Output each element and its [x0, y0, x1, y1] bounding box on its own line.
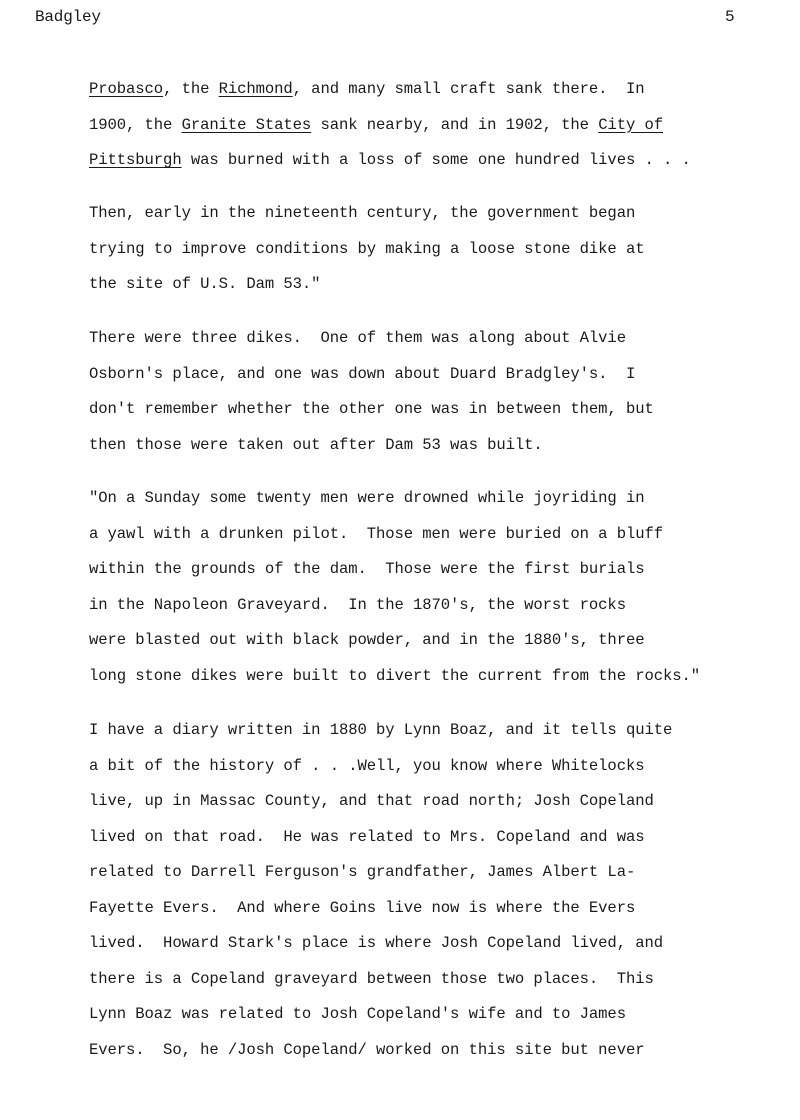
text-line: a yawl with a drunken pilot. Those men w… [89, 517, 799, 553]
text-run: were blasted out with black powder, and … [89, 631, 644, 649]
text-run: , the [163, 80, 219, 98]
paragraph-diary: I have a diary written in 1880 by Lynn B… [89, 713, 799, 1068]
underlined-title: Pittsburgh [89, 151, 182, 169]
text-run: Lynn Boaz was related to Josh Copeland's… [89, 1005, 626, 1023]
text-line: within the grounds of the dam. Those wer… [89, 552, 799, 588]
text-line: I have a diary written in 1880 by Lynn B… [89, 713, 799, 749]
paragraph-three-dikes: There were three dikes. One of them was … [89, 321, 799, 463]
text-run: a bit of the history of . . .Well, you k… [89, 757, 644, 775]
underlined-title: Richmond [219, 80, 293, 98]
text-line: live, up in Massac County, and that road… [89, 784, 799, 820]
text-run: lived. Howard Stark's place is where Jos… [89, 934, 663, 952]
text-run: sank nearby, and in 1902, the [311, 116, 598, 134]
text-run: was burned with a loss of some one hundr… [182, 151, 691, 169]
text-line: related to Darrell Ferguson's grandfathe… [89, 855, 799, 891]
text-run: "On a Sunday some twenty men were drowne… [89, 489, 644, 507]
text-line: Evers. So, he /Josh Copeland/ worked on … [89, 1033, 799, 1069]
text-line: Then, early in the nineteenth century, t… [89, 196, 799, 232]
text-line: lived on that road. He was related to Mr… [89, 820, 799, 856]
text-run: Then, early in the nineteenth century, t… [89, 204, 635, 222]
text-line: There were three dikes. One of them was … [89, 321, 799, 357]
text-line: there is a Copeland graveyard between th… [89, 962, 799, 998]
underlined-title: Granite States [182, 116, 312, 134]
text-run: Evers. So, he /Josh Copeland/ worked on … [89, 1041, 644, 1059]
paragraph-shipwrecks: Probasco, the Richmond, and many small c… [89, 72, 799, 179]
text-line: Lynn Boaz was related to Josh Copeland's… [89, 997, 799, 1033]
text-run: a yawl with a drunken pilot. Those men w… [89, 525, 663, 543]
text-run: , and many small craft sank there. In [293, 80, 645, 98]
text-line: in the Napoleon Graveyard. In the 1870's… [89, 588, 799, 624]
text-run: long stone dikes were built to divert th… [89, 667, 700, 685]
text-line: were blasted out with black powder, and … [89, 623, 799, 659]
text-line: Pittsburgh was burned with a loss of som… [89, 143, 799, 179]
text-line: Probasco, the Richmond, and many small c… [89, 72, 799, 108]
text-line: a bit of the history of . . .Well, you k… [89, 749, 799, 785]
paragraph-napoleon-graveyard: "On a Sunday some twenty men were drowne… [89, 481, 799, 694]
text-line: the site of U.S. Dam 53." [89, 267, 799, 303]
text-run: lived on that road. He was related to Mr… [89, 828, 644, 846]
text-line: long stone dikes were built to divert th… [89, 659, 799, 695]
underlined-title: Probasco [89, 80, 163, 98]
text-run: trying to improve conditions by making a… [89, 240, 644, 258]
text-run: Osborn's place, and one was down about D… [89, 365, 635, 383]
text-run: live, up in Massac County, and that road… [89, 792, 654, 810]
text-run: 1900, the [89, 116, 182, 134]
text-line: lived. Howard Stark's place is where Jos… [89, 926, 799, 962]
text-run: don't remember whether the other one was… [89, 400, 654, 418]
text-line: Fayette Evers. And where Goins live now … [89, 891, 799, 927]
text-line: "On a Sunday some twenty men were drowne… [89, 481, 799, 517]
text-run: there is a Copeland graveyard between th… [89, 970, 654, 988]
text-run: then those were taken out after Dam 53 w… [89, 436, 543, 454]
text-line: don't remember whether the other one was… [89, 392, 799, 428]
text-run: I have a diary written in 1880 by Lynn B… [89, 721, 672, 739]
text-run: related to Darrell Ferguson's grandfathe… [89, 863, 635, 881]
text-run: There were three dikes. One of them was … [89, 329, 626, 347]
text-line: then those were taken out after Dam 53 w… [89, 428, 799, 464]
header-author: Badgley [35, 8, 101, 26]
text-run: the site of U.S. Dam 53." [89, 275, 320, 293]
paragraph-government-dike: Then, early in the nineteenth century, t… [89, 196, 799, 303]
text-line: trying to improve conditions by making a… [89, 232, 799, 268]
underlined-title: City of [598, 116, 663, 134]
text-line: 1900, the Granite States sank nearby, an… [89, 108, 799, 144]
text-run: Fayette Evers. And where Goins live now … [89, 899, 635, 917]
page-number: 5 [725, 8, 735, 26]
text-run: in the Napoleon Graveyard. In the 1870's… [89, 596, 626, 614]
text-run: within the grounds of the dam. Those wer… [89, 560, 644, 578]
text-line: Osborn's place, and one was down about D… [89, 357, 799, 393]
